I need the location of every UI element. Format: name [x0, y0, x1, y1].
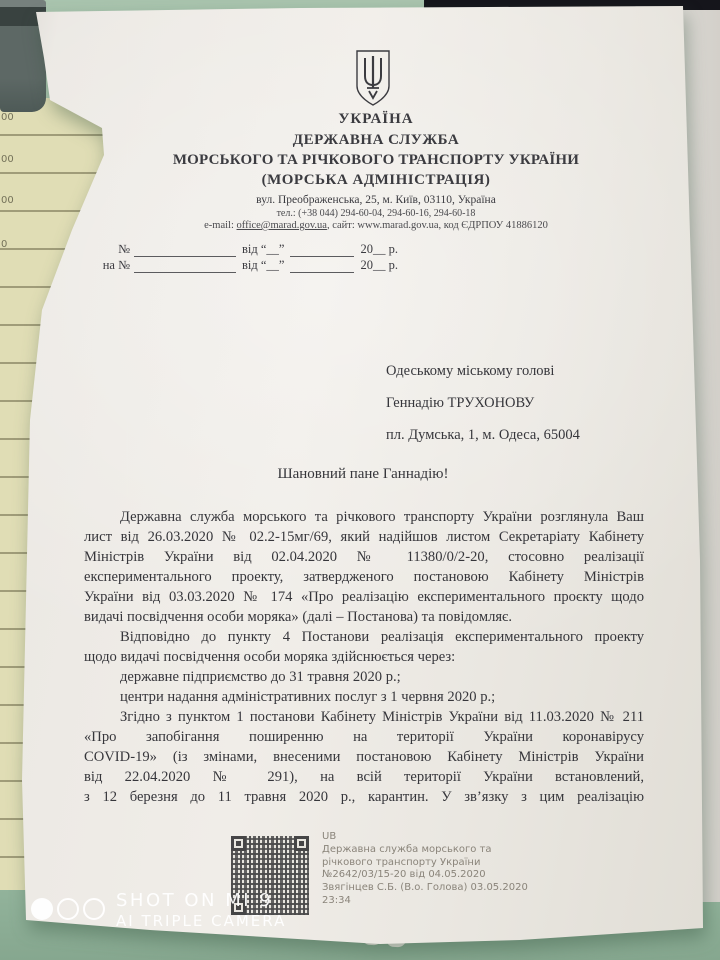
ref-blank-line: [134, 243, 236, 257]
body-line: Згідно з пунктом 1 постанови Кабінету Мі…: [84, 707, 644, 727]
ref-year-label: 20__ р.: [360, 258, 398, 273]
stamp-org-line1: Державна служба морського та: [322, 844, 528, 857]
stamp-org-line2: річкового транспорту України: [322, 857, 528, 870]
photo-scene: 00 00 00 0 УКРАЇНА ДЕРЖАВНА СЛУЖБА МОРСЬ…: [0, 0, 720, 960]
body-line: центри надання адміністративних послуг з…: [84, 687, 644, 707]
salutation: Шановний пане Ганнадію!: [84, 466, 642, 483]
reference-row-2: на № від “__” 20__ р.: [88, 257, 398, 273]
ref-date-label: від “__”: [242, 258, 284, 273]
recipient-block: Одеському міському голові Геннадію ТРУХО…: [386, 355, 580, 451]
body-line: COVID-19» (із змінами, внесеними постано…: [84, 747, 644, 767]
body-line: «Про запобігання поширенню на території …: [84, 727, 644, 747]
letterhead-org-line2: МОРСЬКОГО ТА РІЧКОВОГО ТРАНСПОРТУ УКРАЇН…: [120, 152, 632, 169]
qr-finder-icon: [231, 836, 246, 851]
body-line: Міністрів України від 02.04.2020 № 11380…: [84, 547, 644, 567]
ref-blank-line: [290, 243, 354, 257]
registration-stamp: UB Державна служба морського та річковог…: [322, 831, 528, 908]
reference-block: № від “__” 20__ р. на № від “__” 20__ р.: [88, 241, 398, 273]
qr-finder-icon: [294, 836, 309, 851]
letter-body: Державна служба морського та річкового т…: [84, 507, 644, 807]
email-label: e-mail:: [204, 220, 236, 231]
body-line: державне підприємство до 31 травня 2020 …: [84, 667, 644, 687]
letterhead-org-line1: ДЕРЖАВНА СЛУЖБА: [120, 132, 632, 149]
reference-row-1: № від “__” 20__ р.: [88, 241, 398, 257]
ref-number-label: №: [88, 242, 134, 257]
email-address: office@marad.gov.ua: [237, 220, 327, 231]
body-line: лист від 26.03.2020 № 02.2-15мг/69, який…: [84, 527, 644, 547]
body-line: видачі посвідчення особи моряка» (далі –…: [84, 607, 644, 627]
body-line: Відповідно до пункту 4 Постанови реаліза…: [84, 627, 644, 647]
body-line: щодо видачі посвідчення особи моряка зді…: [84, 647, 644, 667]
ref-blank-line: [290, 259, 354, 273]
qr-finder-icon: [231, 900, 246, 915]
stamp-reg-number: №2642/03/15-20 від 04.05.2020: [322, 869, 528, 882]
ref-blank-line: [134, 259, 236, 273]
letter-sheet: УКРАЇНА ДЕРЖАВНА СЛУЖБА МОРСЬКОГО ТА РІЧ…: [0, 0, 720, 960]
body-line: з 12 березня до 11 травня 2020 р., каран…: [84, 787, 644, 807]
body-line: від 22.04.2020 № 291), на всій території…: [84, 767, 644, 787]
letterhead-address: вул. Преображенська, 25, м. Київ, 03110,…: [120, 194, 632, 206]
stamp-tag: UB: [322, 831, 528, 844]
letterhead-email-line: e-mail: office@marad.gov.ua, сайт: www.m…: [120, 220, 632, 231]
body-line: експериментального проекту, затвердженог…: [84, 567, 644, 587]
recipient-address: пл. Думська, 1, м. Одеса, 65004: [386, 419, 580, 451]
stamp-time: 23:34: [322, 895, 528, 908]
body-line: України від 03.03.2020 № 174 «Про реаліз…: [84, 587, 644, 607]
ref-date-label: від “__”: [242, 242, 284, 257]
qr-code: [231, 836, 309, 915]
letterhead-org-line3: (МОРСЬКА АДМІНІСТРАЦІЯ): [120, 172, 632, 189]
body-line: Державна служба морського та річкового т…: [84, 507, 644, 527]
site-text: , сайт: www.marad.gov.ua, код ЄДРПОУ 418…: [327, 220, 548, 231]
recipient-name: Геннадію ТРУХОНОВУ: [386, 387, 580, 419]
letterhead-phone: тел.: (+38 044) 294-60-04, 294-60-16, 29…: [120, 208, 632, 219]
letter-sheet-shadow: УКРАЇНА ДЕРЖАВНА СЛУЖБА МОРСЬКОГО ТА РІЧ…: [0, 0, 720, 960]
stamp-signer: Звягінцев С.Б. (В.о. Голова) 03.05.2020: [322, 882, 528, 895]
letterhead-country: УКРАЇНА: [120, 111, 632, 128]
recipient-title: Одеському міському голові: [386, 355, 580, 387]
ref-number-label: на №: [88, 258, 134, 273]
ref-year-label: 20__ р.: [360, 242, 398, 257]
ukraine-trident-emblem: [354, 50, 392, 108]
